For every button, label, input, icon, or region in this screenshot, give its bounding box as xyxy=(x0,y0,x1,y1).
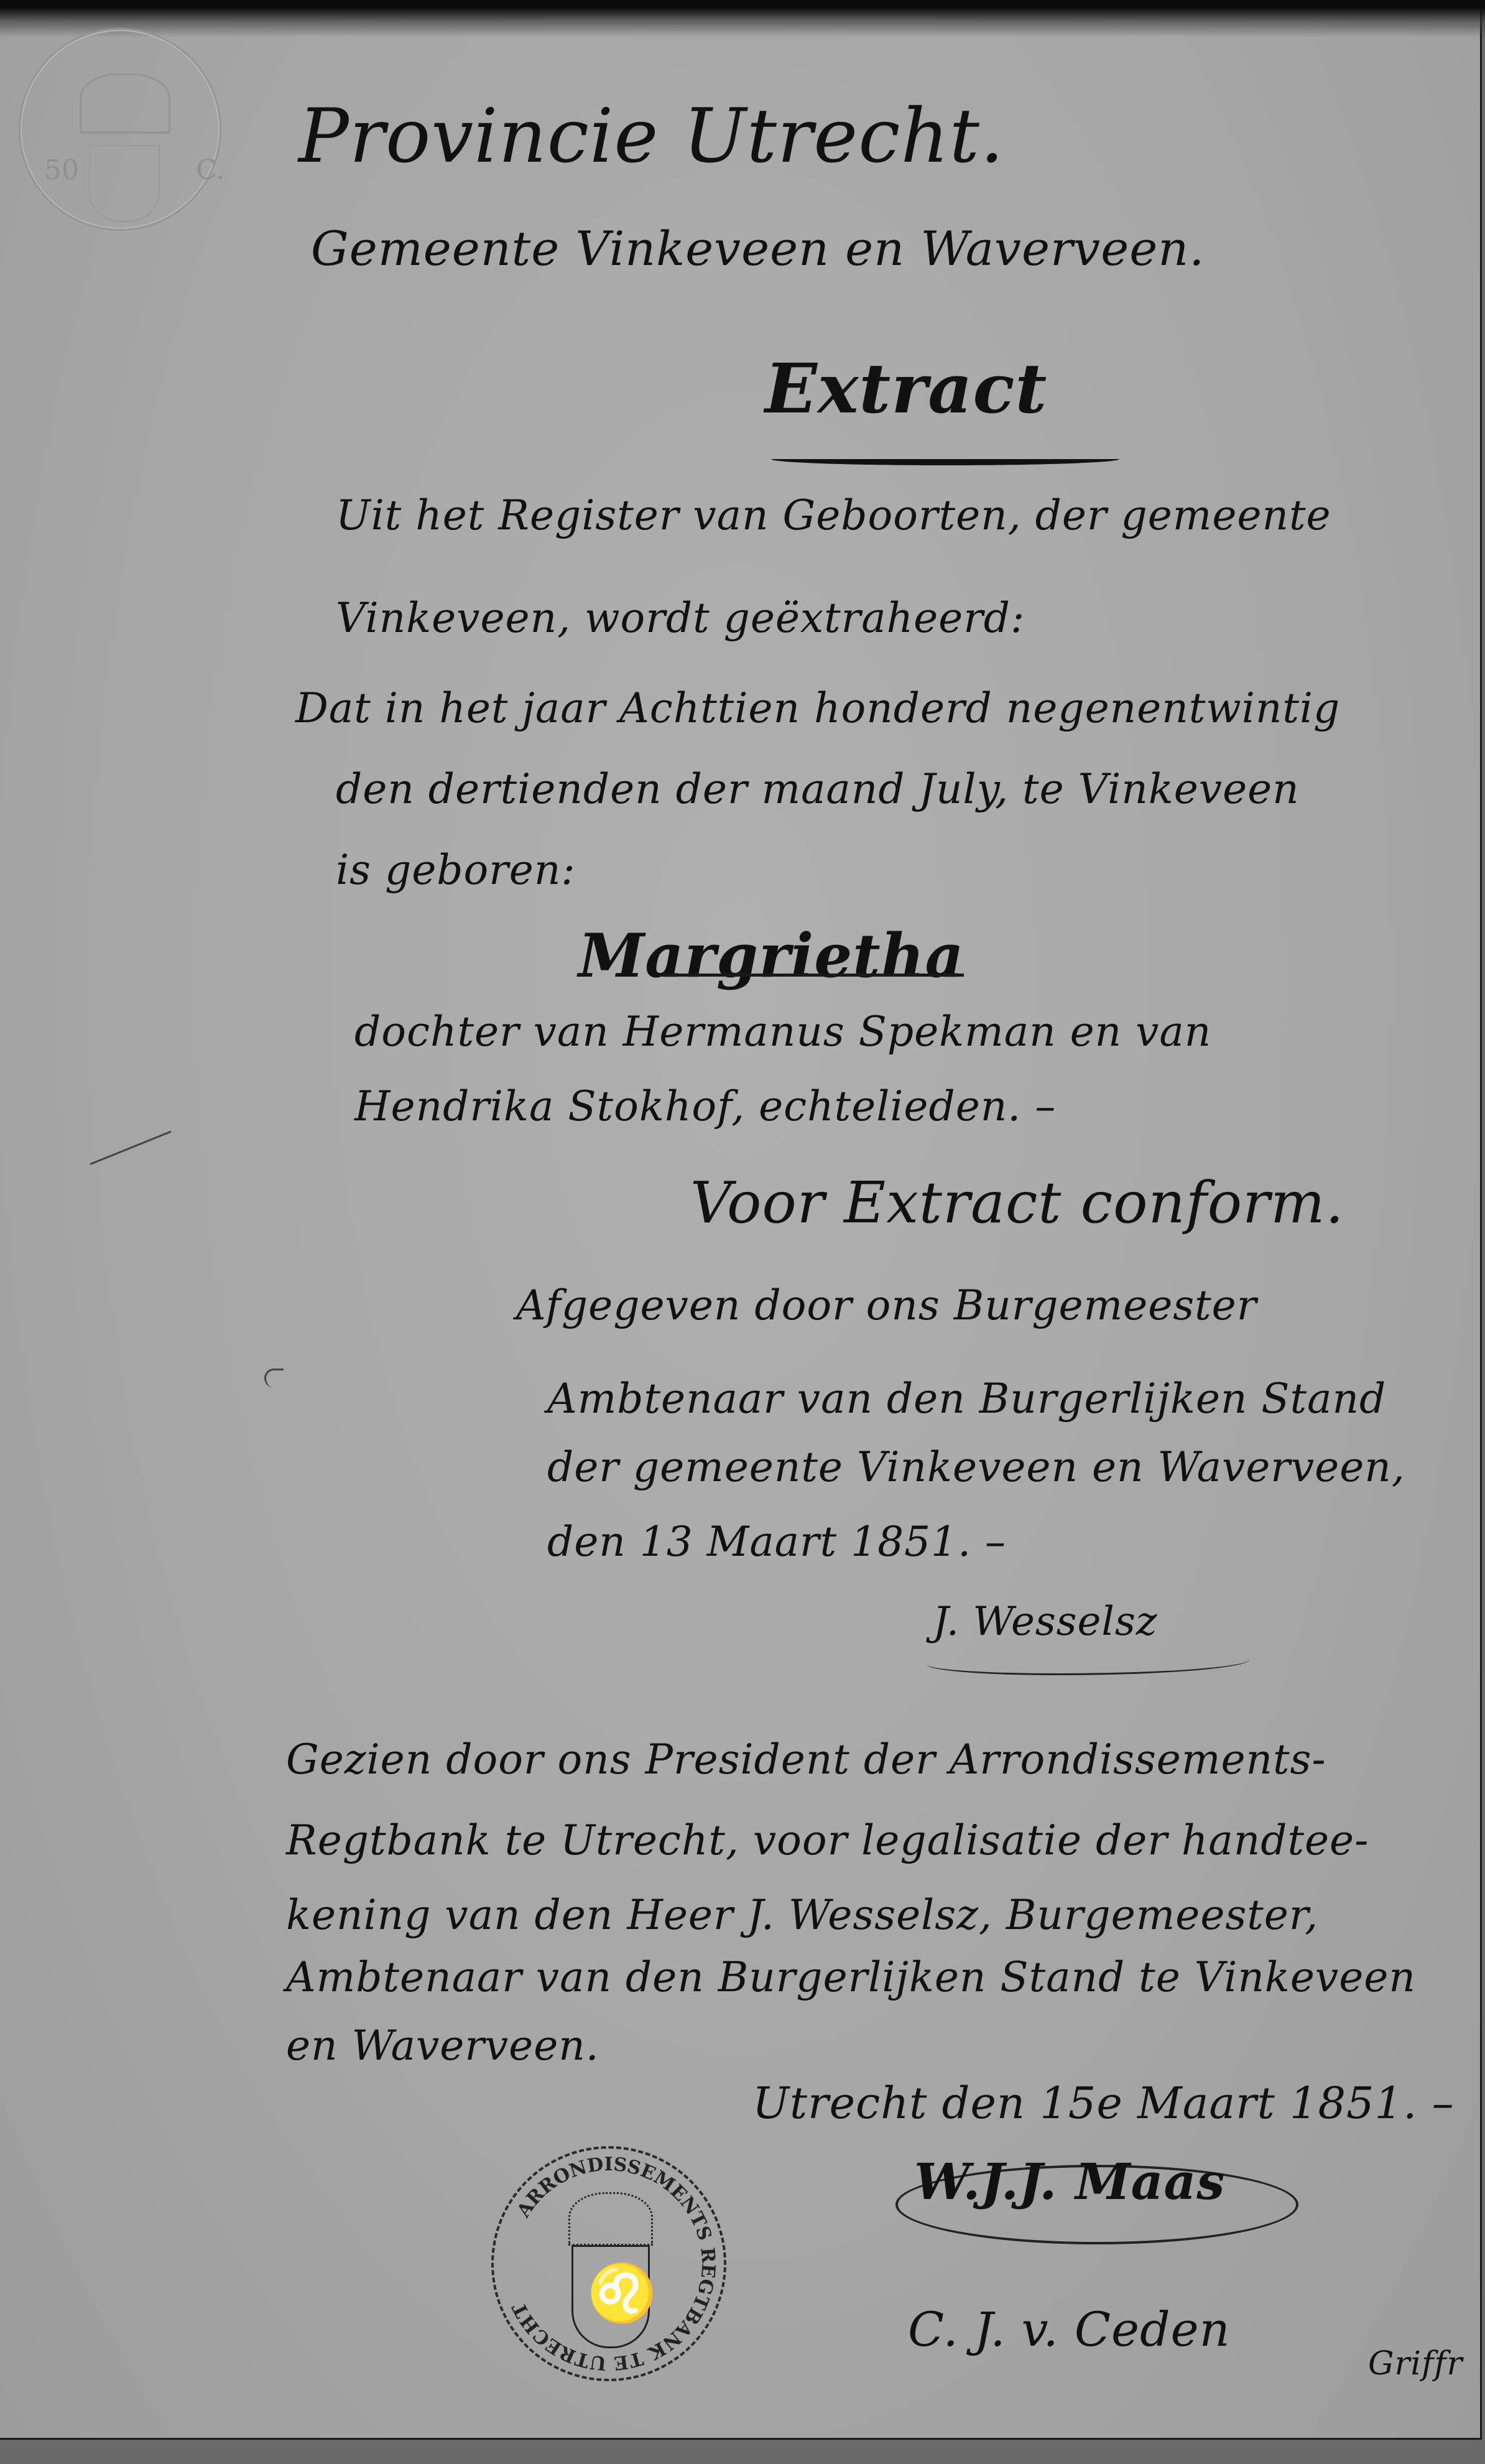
document-page: 50 C. Provincie Utrecht. Gemeente Vinkev… xyxy=(0,0,1482,2440)
clerk-signature: C. J. v. Ceden xyxy=(908,2302,1231,2357)
legalization-line: kening van den Heer J. Wesselsz, Burgeme… xyxy=(286,1891,1318,1939)
president-signature: W.J.J. Maas xyxy=(914,2152,1225,2211)
legalization-line: en Waverveen. xyxy=(286,2022,599,2070)
tax-stamp-unit: C. xyxy=(196,154,224,186)
mayor-signature: J. Wesselsz xyxy=(933,1599,1157,1645)
certification-line: der gemeente Vinkeveen en Waverveen, xyxy=(547,1443,1405,1491)
name-underline xyxy=(659,974,964,977)
certification-line: Afgegeven door ons Burgemeester xyxy=(516,1281,1257,1329)
child-name: Margrietha xyxy=(578,921,965,991)
document-title: Extract xyxy=(765,348,1047,429)
certification-line: Ambtenaar van den Burgerlijken Stand xyxy=(547,1375,1386,1423)
body-line: Uit het Register van Geboorten, der geme… xyxy=(336,491,1331,539)
certification-date: den 13 Maart 1851. – xyxy=(547,1518,1006,1566)
crown-icon xyxy=(80,73,170,134)
province-heading: Provincie Utrecht. xyxy=(298,93,1004,180)
body-line: Dat in het jaar Achttien honderd negenen… xyxy=(295,684,1340,732)
tax-stamp-emboss-icon: 50 C. xyxy=(19,28,221,231)
title-underline-flourish xyxy=(771,453,1119,465)
body-line: den dertienden der maand July, te Vinkev… xyxy=(336,765,1300,813)
legalization-place-date: Utrecht den 15e Maart 1851. – xyxy=(752,2078,1455,2129)
certification-heading: Voor Extract conform. xyxy=(690,1169,1344,1236)
margin-mark xyxy=(264,1369,284,1388)
margin-mark xyxy=(90,1131,171,1165)
clerk-title: Griffr xyxy=(1368,2345,1463,2383)
crown-icon xyxy=(568,2192,653,2246)
body-line: Vinkeveen, wordt geëxtraheerd: xyxy=(336,594,1025,642)
court-seal-icon: ARRONDISSEMENTS REGTBANK TE UTRECHT ♌ xyxy=(491,2146,726,2381)
municipality-heading: Gemeente Vinkeveen en Waverveen. xyxy=(311,221,1205,276)
parents-line: dochter van Hermanus Spekman en van xyxy=(354,1008,1211,1056)
lion-icon: ♌ xyxy=(587,2261,657,2326)
legalization-line: Ambtenaar van den Burgerlijken Stand te … xyxy=(286,1953,1416,2001)
legalization-line: Gezien door ons President der Arrondisse… xyxy=(286,1736,1326,1783)
legalization-line: Regtbank te Utrecht, voor legalisatie de… xyxy=(286,1816,1369,1864)
parents-line: Hendrika Stokhof, echtelieden. – xyxy=(354,1082,1056,1130)
tax-stamp-value: 50 xyxy=(44,154,79,186)
scan-top-edge xyxy=(0,0,1485,37)
signature-flourish xyxy=(927,1648,1250,1675)
body-line: is geboren: xyxy=(336,846,576,894)
shield-icon xyxy=(89,145,160,222)
